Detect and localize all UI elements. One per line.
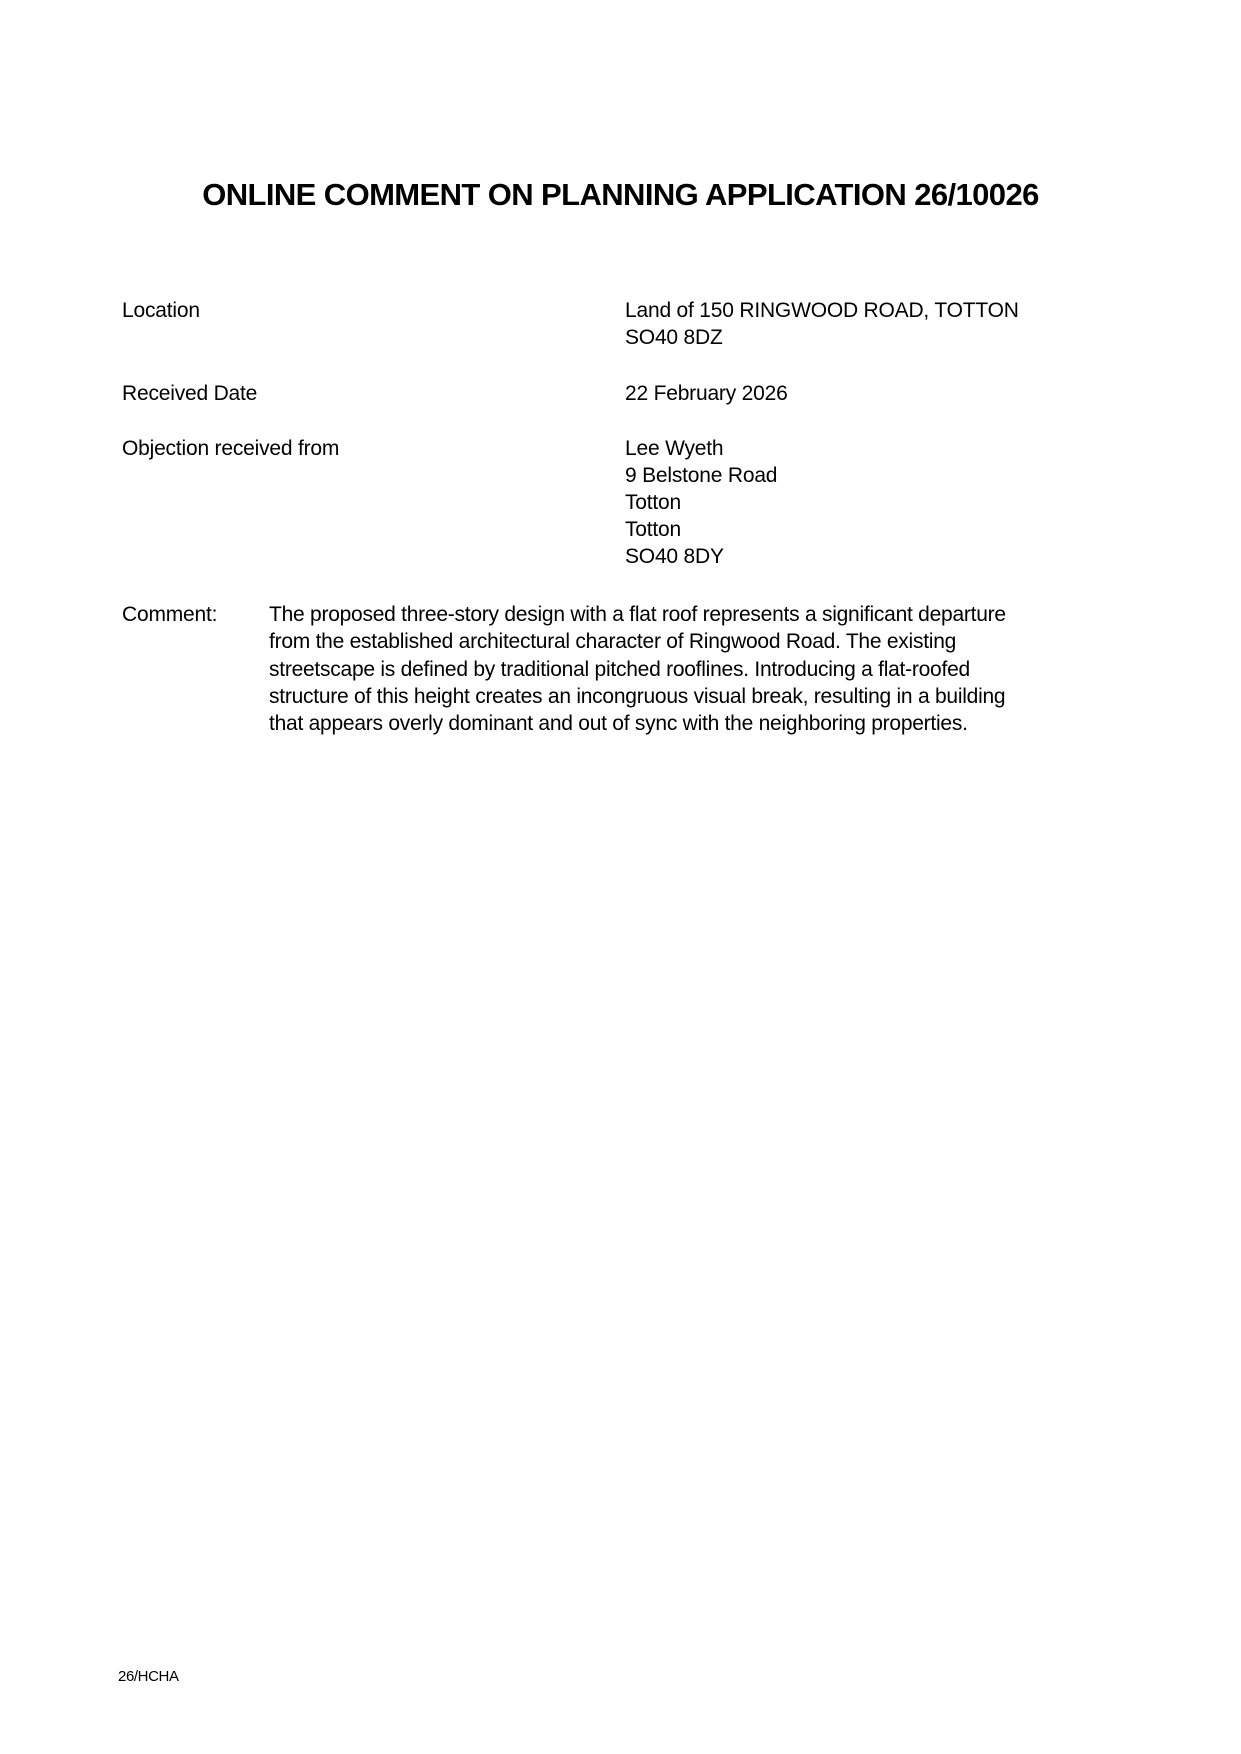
footer-reference: 26/HCHA — [118, 1668, 179, 1685]
objection-label: Objection received from — [122, 435, 339, 462]
comment-line: from the established architectural chara… — [269, 628, 1129, 655]
objector-town: Totton — [625, 489, 777, 516]
comment-line: structure of this height creates an inco… — [269, 683, 1129, 710]
location-label: Location — [122, 297, 200, 324]
location-postcode: SO40 8DZ — [625, 324, 1019, 351]
objector-street: 9 Belstone Road — [625, 462, 777, 489]
comment-line: that appears overly dominant and out of … — [269, 710, 1129, 737]
page-title: ONLINE COMMENT ON PLANNING APPLICATION 2… — [0, 175, 1241, 215]
location-line: Land of 150 RINGWOOD ROAD, TOTTON — [625, 297, 1019, 324]
objector-address: Lee Wyeth 9 Belstone Road Totton Totton … — [625, 435, 777, 570]
objector-name: Lee Wyeth — [625, 435, 777, 462]
received-date-value: 22 February 2026 — [625, 380, 788, 407]
objector-area: Totton — [625, 516, 777, 543]
location-value: Land of 150 RINGWOOD ROAD, TOTTON SO40 8… — [625, 297, 1019, 351]
comment-line: The proposed three-story design with a f… — [269, 601, 1129, 628]
comment-line: streetscape is defined by traditional pi… — [269, 656, 1129, 683]
objector-postcode: SO40 8DY — [625, 543, 777, 570]
comment-label: Comment: — [122, 601, 217, 628]
comment-text: The proposed three-story design with a f… — [269, 601, 1129, 737]
received-date-label: Received Date — [122, 380, 257, 407]
